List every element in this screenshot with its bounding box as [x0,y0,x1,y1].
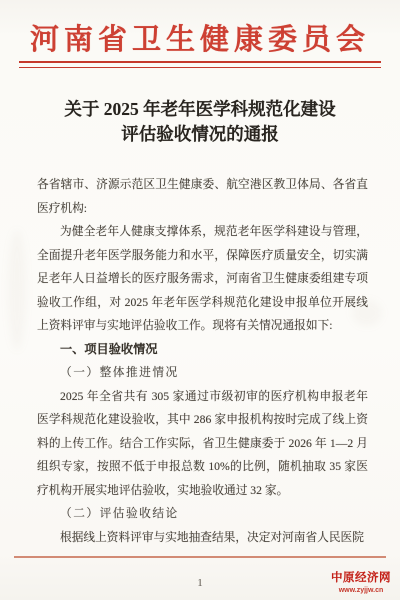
document-body: 各省辖市、济源示范区卫生健康委、航空港区教卫体局、各省直 医疗机构: 为健全老年… [37,173,368,549]
document-title-line2: 评估验收情况的通报 [0,122,400,147]
scan-smudge [8,230,26,350]
body-line: 根据线上资料评审与实地抽查结果，决定对河南省人民医院 [37,526,368,550]
body-line: 足老年人日益增长的医疗服务需求，河南省卫生健康委组建专项 [37,267,368,291]
site-watermark-logo: 中原经济网 www.zyjjw.cn [331,573,391,594]
body-line: 验收工作组，对 2025 年老年医学科规范化建设申报单位开展线 [37,291,368,315]
body-subsection-heading: （一）整体推进情况 [37,361,368,385]
body-line: 医疗机构: [37,197,368,221]
document-title-line1: 关于 2025 年老年医学科规范化建设 [0,97,400,122]
watermark-site-name: 中原经济网 [331,573,391,585]
body-line: 2025 年全省共有 305 家通过市级初审的医疗机构申报老年 [37,385,368,409]
body-line: 全面提升老年医学服务能力和水平，保障医疗质量安全，切实满 [37,244,368,268]
footer-divider [14,556,386,558]
body-line: 为健全老年人健康支撑体系，规范老年医学科建设与管理， [37,220,368,244]
letterhead-issuer-name: 河南省卫生健康委员会 [0,17,400,58]
body-line: 各省辖市、济源示范区卫生健康委、航空港区教卫体局、各省直 [37,173,368,197]
body-line: 疗机构开展实地评估验收，实地验收通过 32 家。 [37,479,368,503]
body-subsection-heading: （二）评估验收结论 [37,502,368,526]
body-section-heading: 一、项目验收情况 [37,338,368,362]
letterhead-divider [19,61,381,68]
body-line: 上资料评审与实地评估验收工作。现将有关情况通报如下: [37,314,368,338]
body-line: 料的上传工作。结合工作实际，省卫生健康委于 2026 年 1—2 月 [37,432,368,456]
body-line: 组织专家，按照不低于申报总数 10%的比例，随机抽取 35 家医 [37,455,368,479]
body-line: 医学科规范化建设验收，其中 286 家申报机构按时完成了线上资 [37,408,368,432]
watermark-site-url: www.zyjjw.cn [331,587,391,594]
document-title: 关于 2025 年老年医学科规范化建设 评估验收情况的通报 [0,97,400,146]
scanned-document-page: 河南省卫生健康委员会 关于 2025 年老年医学科规范化建设 评估验收情况的通报… [0,0,400,600]
